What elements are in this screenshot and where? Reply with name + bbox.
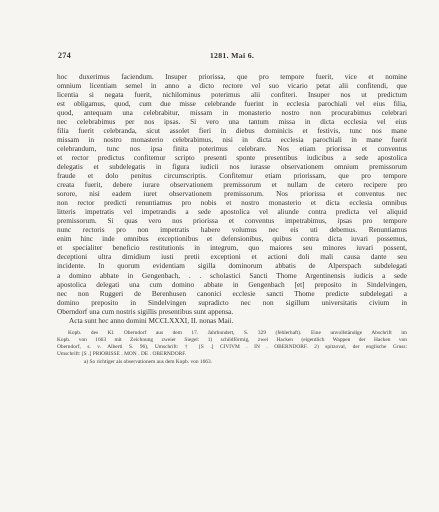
- charter-text-line: creata fuerit, debere iurare observation…: [57, 181, 407, 190]
- charter-text-line: celebrandum, tunc nos ipsa finita poteri…: [57, 145, 407, 154]
- charter-text-line: a domino abbate in Gengenbach, . . schol…: [57, 272, 407, 281]
- charter-text-line: et rector predictus confitemur scripto p…: [57, 154, 407, 163]
- date-heading: 1281. Mai 6.: [57, 51, 407, 60]
- charter-text-line: hoc duxerimus faciendum. Insuper prioris…: [57, 73, 407, 82]
- charter-text-line: sorore, nisi eadem iuret observationem p…: [57, 190, 407, 199]
- charter-text-line: domino preposito in Sindelvingen supradi…: [57, 299, 407, 308]
- source-footnote-line: Umschrift: [S .] PRIORISSE . MON . DE . …: [57, 351, 407, 358]
- source-footnote: Kopb. des Kl. Oberndorf aus dem 17. Jahr…: [57, 330, 407, 359]
- charter-text-line: enim hinc inde omnibus exceptionibus et …: [57, 235, 407, 244]
- charter-text-line: apostolica delegati una cum domino abbat…: [57, 281, 407, 290]
- charter-text-line: est obligamus, quod, cum due misse celeb…: [57, 100, 407, 109]
- charter-text-line: non rector predicti renuntiamus pro nobi…: [57, 199, 407, 208]
- charter-text-line: delegatis et subdelegatis in figura iudi…: [57, 163, 407, 172]
- charter-text-line: Oberndorf una cum nostris sigillis prese…: [57, 308, 407, 317]
- acta-datum-line: Acta sunt hec anno domini MCCLXXXI, II. …: [57, 317, 407, 326]
- charter-text-line: licentia si negata fuerit, nichilominus …: [57, 91, 407, 100]
- charter-text-line: litteris impetratis vel impetrandis a se…: [57, 208, 407, 217]
- charter-text-line: nec celebrabimus per nos ipsas. Si vero …: [57, 118, 407, 127]
- page-header: 274 1281. Mai 6.: [57, 51, 407, 62]
- scanned-book-page: 274 1281. Mai 6. hoc duxerimus faciendum…: [0, 0, 439, 512]
- charter-text-line: quod, antequam una celebrabitur, missam …: [57, 109, 407, 118]
- charter-text-line: nunc rectoris pro non impetratis habere …: [57, 226, 407, 235]
- charter-body-text: hoc duxerimus faciendum. Insuper prioris…: [57, 73, 407, 317]
- charter-text-line: et specialiter beneficio restitutionis i…: [57, 244, 407, 253]
- charter-text-line: nec non Ruggeri de Berenhusen canonici e…: [57, 290, 407, 299]
- charter-text-line: deceptioni ultra dimidium iusti pretii e…: [57, 253, 407, 262]
- charter-text-line: filia fuerit celebranda, sicut assolet f…: [57, 127, 407, 136]
- charter-text-line: fraude et dolo penitus circumscriptis. C…: [57, 172, 407, 181]
- charter-text-line: omnium licentiam semel in anno a dicto r…: [57, 82, 407, 91]
- charter-text-line: incidente. In quorum evidentiam sigilla …: [57, 262, 407, 271]
- footnote-block: Kopb. des Kl. Oberndorf aus dem 17. Jahr…: [57, 330, 407, 366]
- charter-text-line: missam in nostro monasterio celebrabimus…: [57, 136, 407, 145]
- variant-footnote-a: a) So richtiger als observationem aus de…: [84, 359, 407, 366]
- charter-text-line: premissorum. Si quas vero nos priorissa …: [57, 217, 407, 226]
